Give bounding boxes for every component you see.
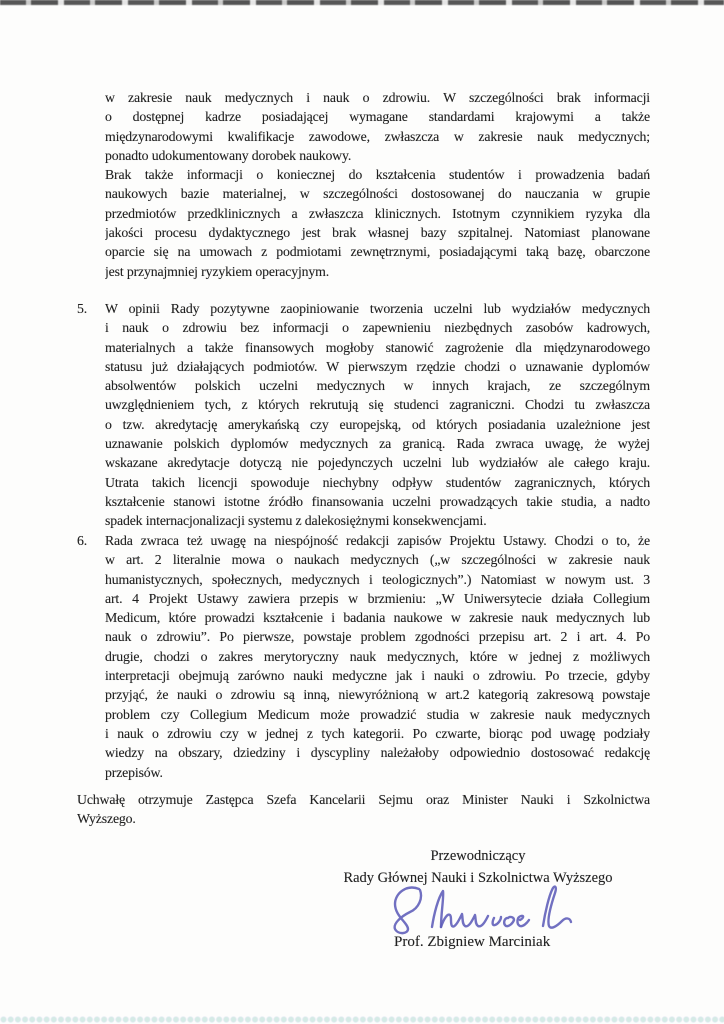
text-line: i nauk o zdrowiu bez informacji o zapewn… [105,318,650,337]
text-line: o dostępnej kadrze posiadającej wymagane… [105,107,650,126]
signature-role-title: Przewodniczący [313,846,643,866]
text-line: art. 4 Projekt Ustawy zawiera przepis w … [105,589,650,608]
text-line: wiedzy na obszary, dziedziny i dyscyplin… [105,743,650,762]
text-line: przepisów. [105,763,650,782]
item-5-text: W opinii Rady pozytywne zaopiniowanie tw… [105,299,650,531]
text-line: jest przynajmniej ryzykiem operacyjnym. [105,262,650,281]
text-line: ponadto udokumentowany dorobek naukowy. [105,146,650,165]
text-line: kształcenie stanowi istotne źródło finan… [105,492,650,511]
text-line: naukowych bazie materialnej, w szczególn… [105,184,650,203]
closing-distribution-paragraph: Uchwałę otrzymuje Zastępca Szefa Kancela… [77,790,650,829]
text-line: uznawanie polskich dyplomów medycznych z… [105,434,650,453]
text-line: w art. 2 literalnie mowa o naukach medyc… [105,550,650,569]
text-line: W opinii Rady pozytywne zaopiniowanie tw… [105,299,650,318]
signer-name: Prof. Zbigniew Marciniak [394,932,614,952]
paragraph-continuation-1: w zakresie nauk medycznych i nauk o zdro… [105,88,650,165]
text-line: w zakresie nauk medycznych i nauk o zdro… [105,88,650,107]
text-line: Utrata takich licencji spowoduje niechyb… [105,473,650,492]
text-line: problem czy Collegium Medicum może prowa… [105,705,650,724]
text-line: interpretacji obejmują zarówno nauki med… [105,666,650,685]
text-line: nauk o zdrowiu”. Po pierwsze, powstaje p… [105,627,650,646]
text-line: Wyższego. [77,809,650,828]
text-line: przyjąć, że nauki o zdrowiu są inną, nie… [105,685,650,704]
text-line: oparcie się na umowach z podmiotami zewn… [105,242,650,261]
numbered-item-5: 5. W opinii Rady pozytywne zaopiniowanie… [105,299,650,531]
item-number-6: 6. [77,531,87,550]
text-line: Rada zwraca też uwagę na niespójność red… [105,531,650,550]
text-line: Uchwałę otrzymuje Zastępca Szefa Kancela… [77,790,650,809]
scanned-document-page: w zakresie nauk medycznych i nauk o zdro… [0,0,724,1024]
item-number-5: 5. [77,299,87,318]
text-line: wskazane akredytacje dotyczą nie pojedyn… [105,453,650,472]
text-line: statusu już działających podmiotów. W pi… [105,357,650,376]
handwritten-signature [386,882,594,936]
item-6-text: Rada zwraca też uwagę na niespójność red… [105,531,650,782]
text-line: materialnych a także finansowych mogłoby… [105,338,650,357]
text-line: humanistycznych, społecznych, medycznych… [105,570,650,589]
paragraph-continuation-2: Brak także informacji o koniecznej do ks… [105,165,650,281]
numbered-item-6: 6. Rada zwraca też uwagę na niespójność … [105,531,650,782]
text-line: i nauk o zdrowiu czy w jednej z tych kat… [105,724,650,743]
text-line: Medicum, które prowadzi kształcenie i ba… [105,608,650,627]
text-line: o tzw. akredytację amerykańską czy europ… [105,415,650,434]
text-line: przedmiotów przedklinicznych a zwłaszcza… [105,204,650,223]
scan-edge-artifact-top [0,0,724,5]
text-line: Brak także informacji o koniecznej do ks… [105,165,650,184]
text-line: spadek internacjonalizacji systemu z dal… [105,511,650,530]
text-line: jakości procesu dydaktycznego jest brak … [105,223,650,242]
text-line: drugie, chodzi o zakres merytoryczny nau… [105,647,650,666]
text-line: międzynarodowymi kwalifikacje zawodowe, … [105,127,650,146]
intro-continuation-block: w zakresie nauk medycznych i nauk o zdro… [105,88,650,281]
closing-text: Uchwałę otrzymuje Zastępca Szefa Kancela… [77,790,650,829]
text-line: uwzględnieniem tych, z których rekrutują… [105,395,650,414]
scan-edge-artifact-bottom [0,1015,724,1024]
text-line: absolwentów polskich uczelni medycznych … [105,376,650,395]
